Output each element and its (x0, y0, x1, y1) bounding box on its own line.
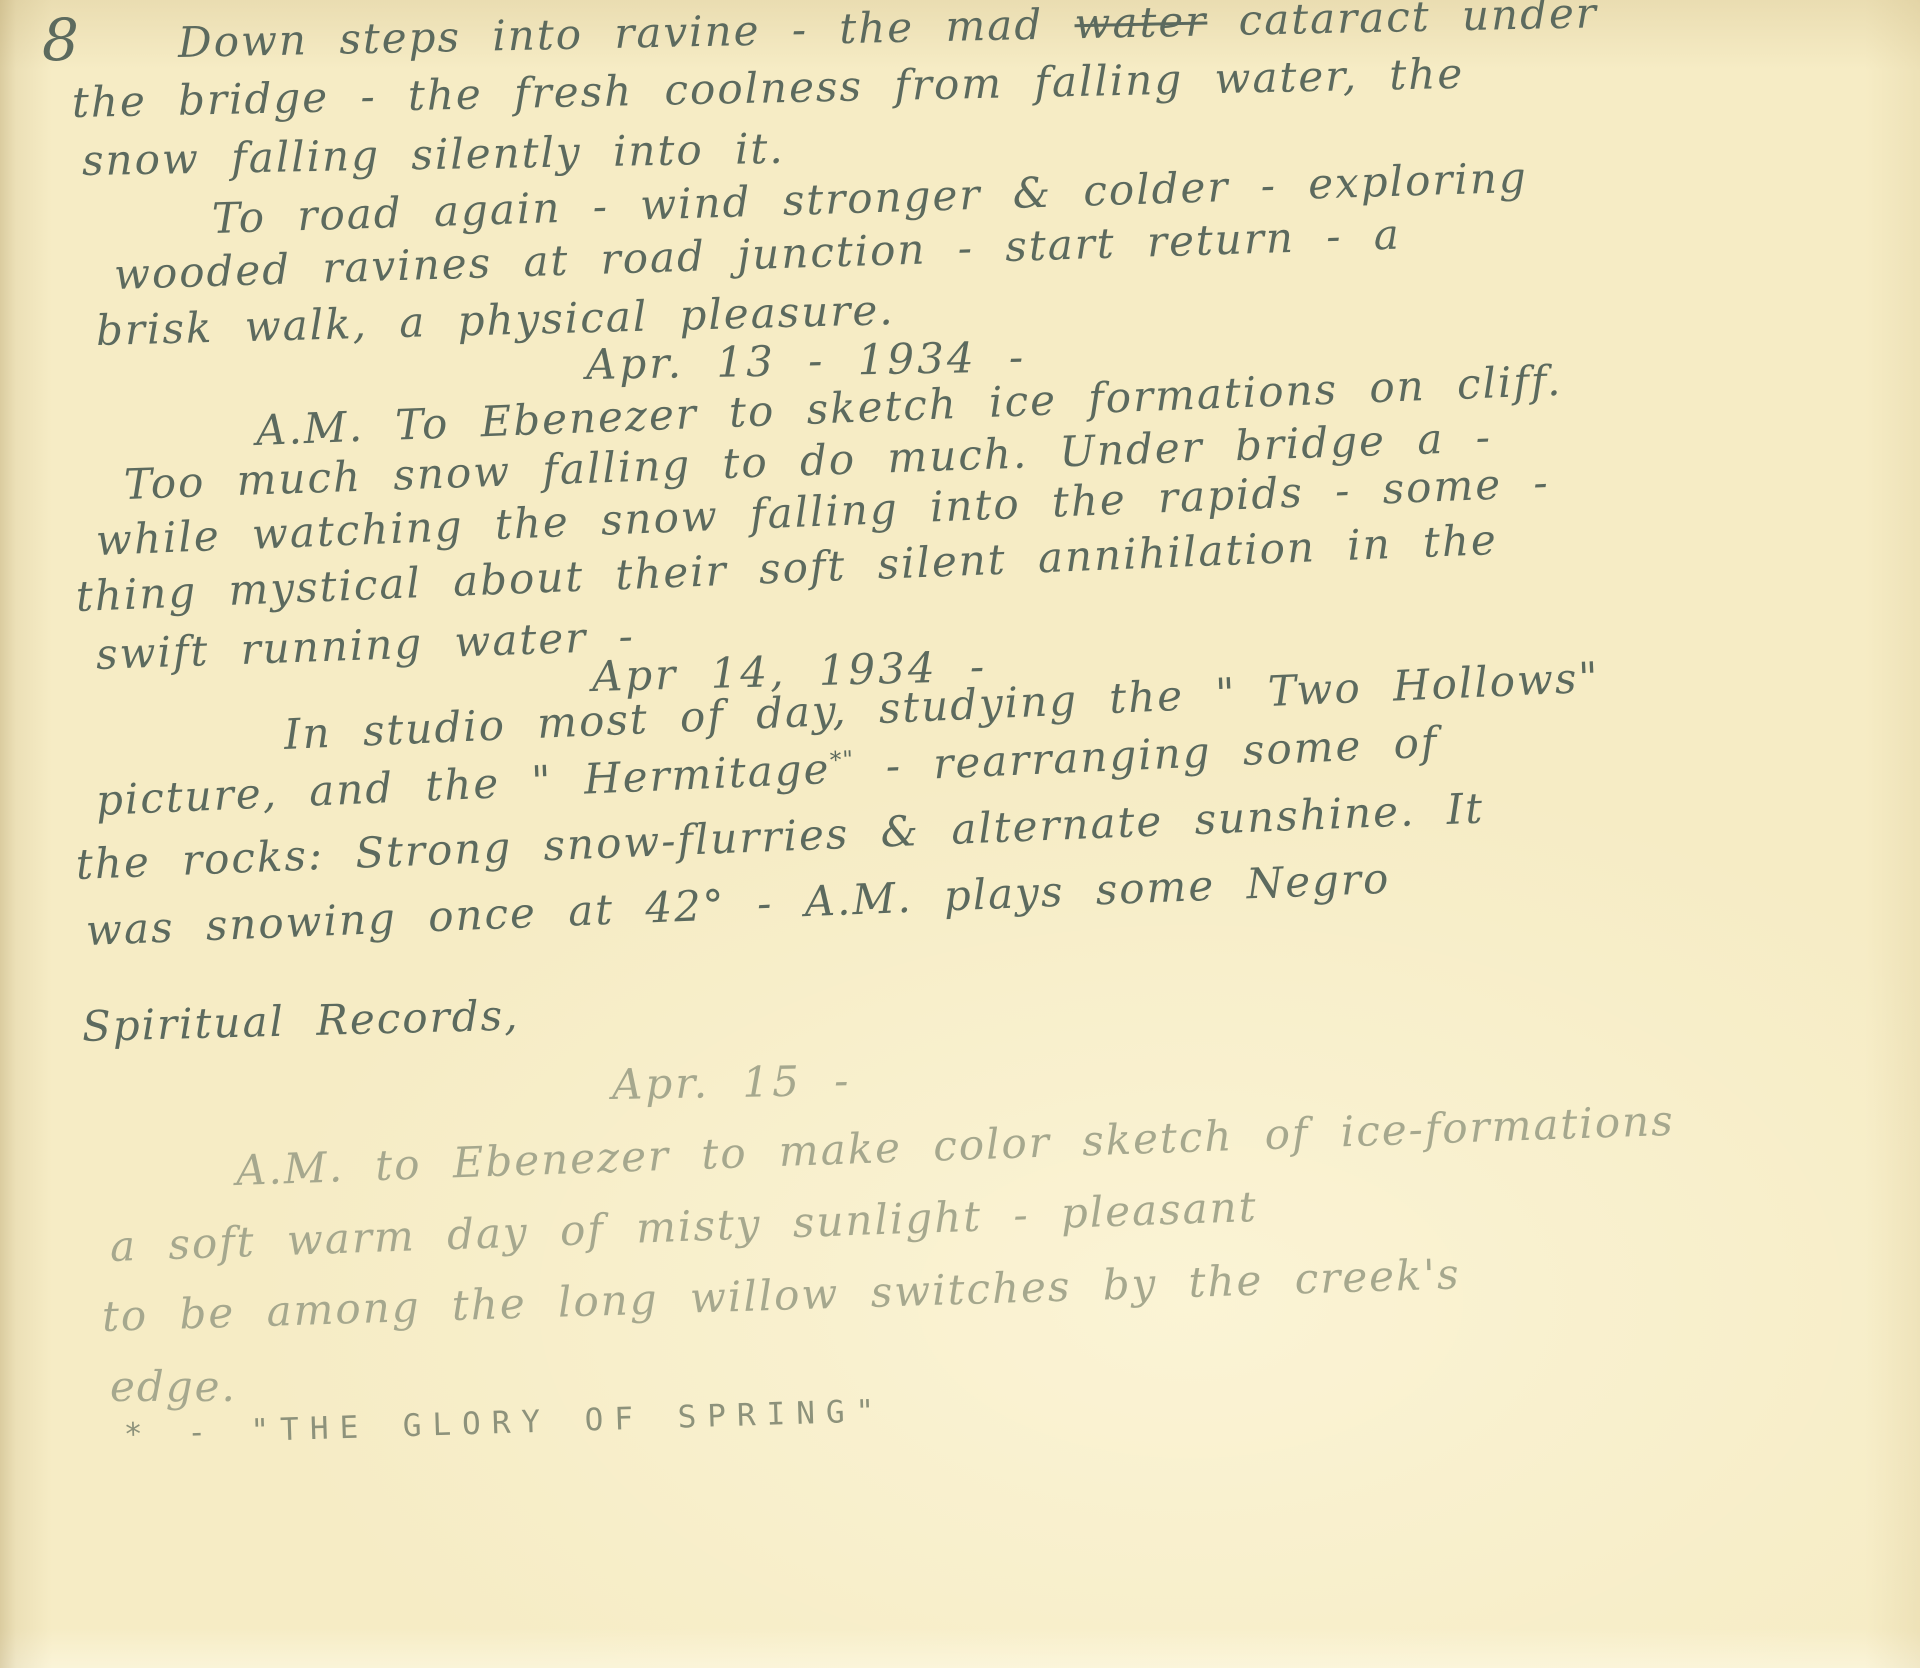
struck-word: water (1074, 0, 1208, 48)
handwritten-line: swift running water - (95, 615, 635, 676)
journal-page: 8 Down steps into ravine - the mad water… (0, 0, 1920, 1668)
line-segment: Down steps into ravine - the mad (177, 0, 1075, 67)
page-number: 8 (42, 6, 79, 74)
handwritten-line: a soft warm day of misty sunlight - plea… (109, 1186, 1258, 1268)
handwritten-line: edge. (110, 1366, 237, 1408)
footnote-line: * - "THE GLORY OF SPRING" (124, 1396, 886, 1451)
entry-date-heading: Apr. 15 - (612, 1060, 852, 1106)
handwritten-line: Spiritual Records, (81, 995, 519, 1048)
handwritten-line: A.M. to Ebenezer to make color sketch of… (235, 1100, 1675, 1192)
asterisk-superscript: *" (829, 747, 854, 774)
line-segment: picture, and the " Hermitage (95, 744, 831, 825)
handwritten-line: snow falling silently into it. (82, 128, 785, 182)
line-segment: cataract under (1207, 0, 1599, 45)
handwritten-line: to be among the long willow switches by … (101, 1253, 1461, 1338)
